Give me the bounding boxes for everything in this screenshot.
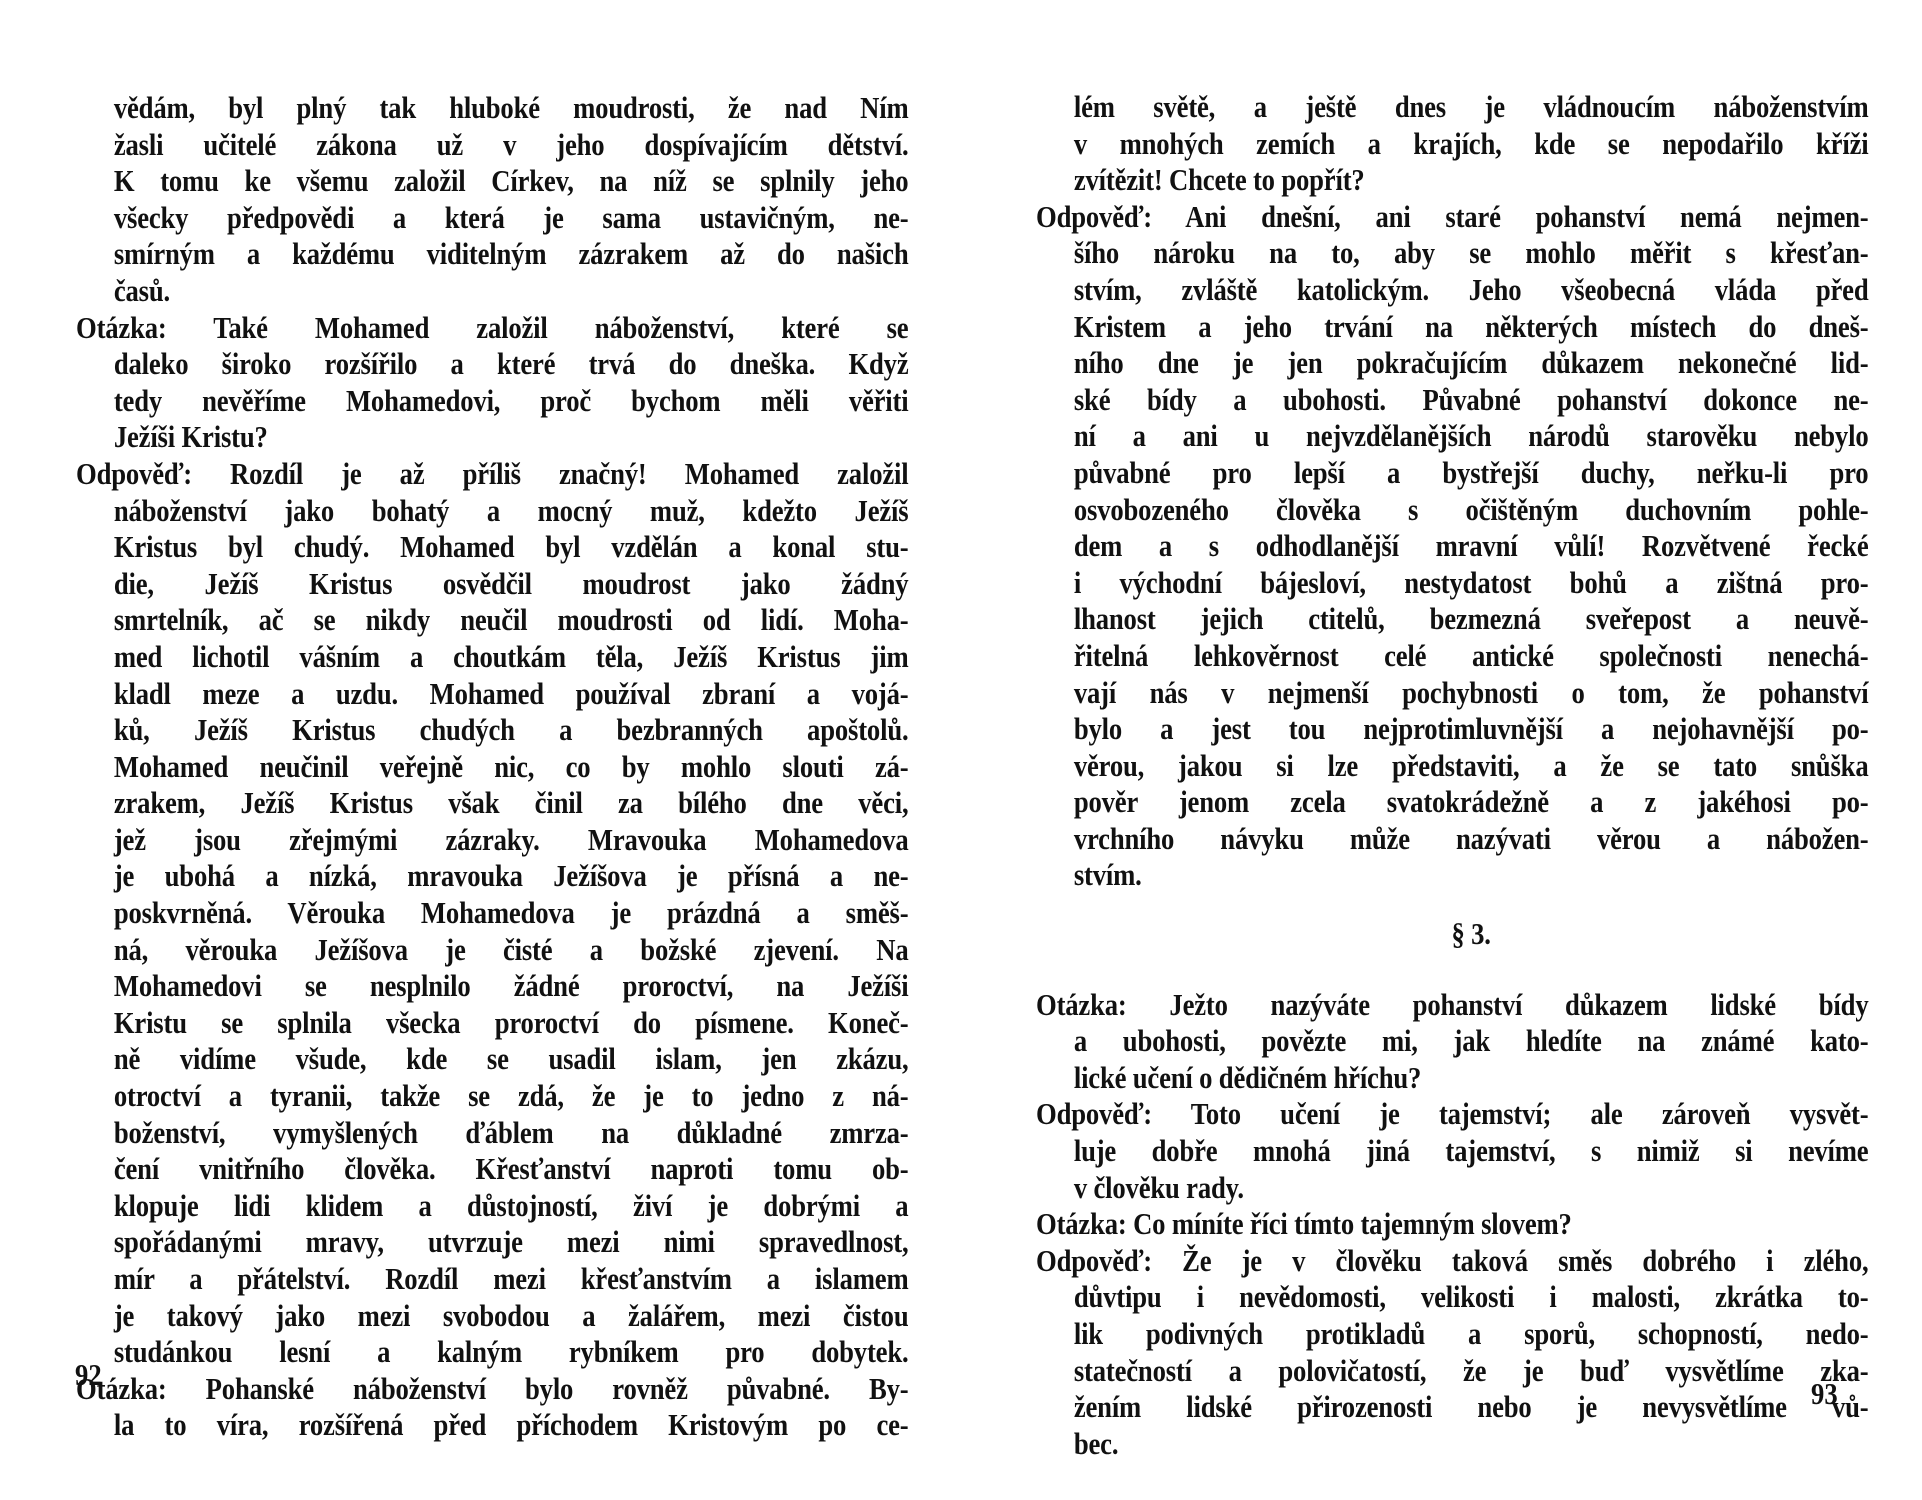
text-line: ná, věrouka Ježíšova je čisté a božské z… <box>76 932 908 969</box>
qa-paragraph-start-line: Odpověď: Rozdíl je až příliš značný! Moh… <box>76 456 908 493</box>
text-line: v mnohých zemích a krajích, kde se nepod… <box>1036 126 1868 163</box>
text-line: lhanost jejich ctitelů, bezmezná sveřepo… <box>1036 601 1868 638</box>
text-line: osvobozeného člověka s očištěným duchovn… <box>1036 492 1868 529</box>
text-line: vrchního návyku může nazývati věrou a ná… <box>1036 821 1868 858</box>
text-line: otroctví a tyranii, takže se zdá, že je … <box>76 1078 908 1115</box>
qa-paragraph-start-line: Otázka: Také Mohamed založil náboženství… <box>76 310 908 347</box>
text-line: a ubohosti, povězte mi, jak hledíte na z… <box>1036 1023 1868 1060</box>
text-line: lém světě, a ještě dnes je vládnoucím ná… <box>1036 89 1868 126</box>
qa-paragraph-start-line: Otázka: Ježto nazýváte pohanství důkazem… <box>1036 987 1868 1024</box>
text-line: poskvrněná. Věrouka Mohamedova je prázdn… <box>76 895 908 932</box>
text-line: lické učení o dědičném hříchu? <box>1036 1060 1868 1097</box>
text-line: med lichotil vášním a choutkám těla, Jež… <box>76 639 908 676</box>
text-line: dem a s odhodlanější mravní vůlí! Rozvět… <box>1036 528 1868 565</box>
text-line: studánkou lesní a kalným rybníkem pro do… <box>76 1334 908 1371</box>
text-line: i východní bájesloví, nestydatost bohů a… <box>1036 565 1868 602</box>
text-line: die, Ježíš Kristus osvědčil moudrost jak… <box>76 566 908 603</box>
text-line: kladl meze a uzdu. Mohamed používal zbra… <box>76 676 908 713</box>
page-number-right: 93 <box>1811 1376 1838 1412</box>
text-line: důvtipu i nevědomosti, velikosti i malos… <box>1036 1279 1868 1316</box>
text-line: stvím, zvláště katolickým. Jeho všeobecn… <box>1036 272 1868 309</box>
text-line: lik podivných protikladů a sporů, schopn… <box>1036 1316 1868 1353</box>
text-line: čení vnitřního člověka. Křesťanství napr… <box>76 1151 908 1188</box>
text-line: ně vidíme všude, kde se usadil islam, je… <box>76 1041 908 1078</box>
text-line: smírným a každému viditelným zázrakem až… <box>76 236 908 273</box>
text-line: všecky předpovědi a která je sama ustavi… <box>76 200 908 237</box>
text-line: ní a ani u nejvzdělanějších národů staro… <box>1036 418 1868 455</box>
text-line: zvítězit! Chcete to popřít? <box>1036 162 1868 199</box>
text-line: spořádanými mravy, utvrzuje mezi nimi sp… <box>76 1224 908 1261</box>
section-heading: § 3. <box>1036 916 1868 953</box>
text-line: Ježíši Kristu? <box>76 419 908 456</box>
left-page: vědám, byl plný tak hluboké moudrosti, ž… <box>0 0 961 1500</box>
text-line: Kristem a jeho trvání na některých míste… <box>1036 309 1868 346</box>
qa-paragraph-start-line: Odpověď: Ani dnešní, ani staré pohanství… <box>1036 199 1868 236</box>
qa-paragraph-start-line: Odpověď: Že je v člověku taková směs dob… <box>1036 1243 1868 1280</box>
text-line: Kristus byl chudý. Mohamed byl vzdělán a… <box>76 529 908 566</box>
text-line: mír a přátelství. Rozdíl mezi křesťanstv… <box>76 1261 908 1298</box>
qa-paragraph-start-line: Odpověď: Toto učení je tajemství; ale zá… <box>1036 1096 1868 1133</box>
text-line: bylo a jest tou nejprotimluvnější a nejo… <box>1036 711 1868 748</box>
right-page: lém světě, a ještě dnes je vládnoucím ná… <box>961 0 1922 1500</box>
text-line: věrou, jakou si lze představiti, a že se… <box>1036 748 1868 785</box>
text-line: náboženství jako bohatý a mocný muž, kde… <box>76 493 908 530</box>
qa-paragraph-start-line: Otázka: Co míníte říci tímto tajemným sl… <box>1036 1206 1868 1243</box>
text-line: statečností a polovičatostí, že je buď v… <box>1036 1353 1868 1390</box>
right-page-text: lém světě, a ještě dnes je vládnoucím ná… <box>1036 89 1868 1462</box>
qa-paragraph-start-line: Otázka: Pohanské náboženství bylo rovněž… <box>76 1371 908 1408</box>
text-line: šího nároku na to, aby se mohlo měřit s … <box>1036 235 1868 272</box>
text-line: boženství, vymyšlených ďáblem na důkladn… <box>76 1115 908 1152</box>
text-line: vědám, byl plný tak hluboké moudrosti, ž… <box>76 90 908 127</box>
text-line: Mohamedovi se nesplnilo žádné proroctví,… <box>76 968 908 1005</box>
text-line: v člověku rady. <box>1036 1170 1868 1207</box>
text-line: pověr jenom zcela svatokrádežně a z jaké… <box>1036 784 1868 821</box>
text-line: bec. <box>1036 1426 1868 1463</box>
text-line: jež jsou zřejmými zázraky. Mravouka Moha… <box>76 822 908 859</box>
text-line: časů. <box>76 273 908 310</box>
text-line: půvabné pro lepší a bystřejší duchy, neř… <box>1036 455 1868 492</box>
text-line: Mohamed neučinil veřejně nic, co by mohl… <box>76 749 908 786</box>
text-line: ské bídy a ubohosti. Půvabné pohanství d… <box>1036 382 1868 419</box>
text-line: je ubohá a nízká, mravouka Ježíšova je p… <box>76 858 908 895</box>
text-line: K tomu ke všemu založil Církev, na níž s… <box>76 163 908 200</box>
text-line: tedy nevěříme Mohamedovi, proč bychom mě… <box>76 383 908 420</box>
text-line: klopuje lidi klidem a důstojností, živí … <box>76 1188 908 1225</box>
text-line: je takový jako mezi svobodou a žalářem, … <box>76 1298 908 1335</box>
text-line: řitelná lehkověrnost celé antické společ… <box>1036 638 1868 675</box>
text-line: vají nás v nejmenší pochybnosti o tom, ž… <box>1036 675 1868 712</box>
left-page-text: vědám, byl plný tak hluboké moudrosti, ž… <box>76 90 908 1444</box>
text-line: žením lidské přirozenosti nebo je nevysv… <box>1036 1389 1868 1426</box>
text-line: ků, Ježíš Kristus chudých a bezbranných … <box>76 712 908 749</box>
page-number-left: 92 <box>75 1357 102 1393</box>
text-line: smrtelník, ač se nikdy neučil moudrosti … <box>76 602 908 639</box>
text-line: stvím. <box>1036 857 1868 894</box>
text-line: žasli učitelé zákona už v jeho dospívají… <box>76 127 908 164</box>
text-line: Kristu se splnila všecka proroctví do pí… <box>76 1005 908 1042</box>
text-line: ního dne je jen pokračujícím důkazem nek… <box>1036 345 1868 382</box>
text-line: luje dobře mnohá jiná tajemství, s nimiž… <box>1036 1133 1868 1170</box>
text-line: la to víra, rozšířená před příchodem Kri… <box>76 1407 908 1444</box>
text-line: daleko široko rozšířilo a které trvá do … <box>76 346 908 383</box>
text-line: zrakem, Ježíš Kristus však činil za bílé… <box>76 785 908 822</box>
